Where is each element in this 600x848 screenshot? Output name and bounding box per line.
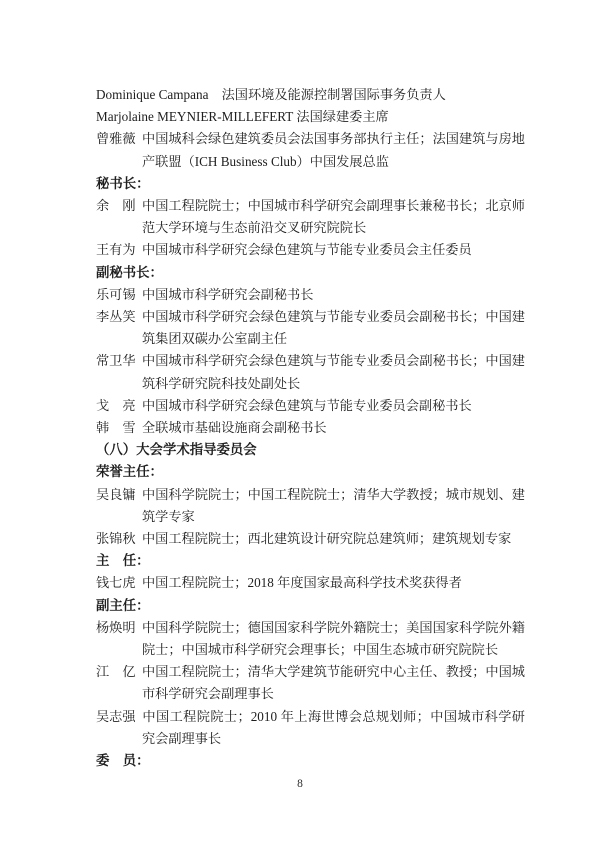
- member-desc: 中国工程院院士；中国城市科学研究会副理事长兼秘书长；北京师范大学环境与生态前沿交…: [142, 198, 525, 235]
- member-name: 戈 亮: [96, 395, 142, 417]
- member-row: 李丛笑中国城市科学研究会绿色建筑与节能专业委员会副秘书长；中国建筑集团双碳办公室…: [96, 306, 525, 350]
- member-desc: 中国城市科学研究会副秘书长: [142, 287, 313, 302]
- member-desc: 全联城市基础设施商会副秘书长: [142, 420, 327, 435]
- member-row: 余 刚中国工程院院士；中国城市科学研究会副理事长兼秘书长；北京师范大学环境与生态…: [96, 195, 525, 239]
- section-heading-honorary-director: 荣誉主任：: [96, 461, 525, 483]
- member-desc: 中国工程院院士；2010 年上海世博会总规划师；中国城市科学研究会副理事长: [142, 709, 525, 746]
- member-row: 曾雅薇中国城科会绿色建筑委员会法国事务部执行主任；法国建筑与房地产联盟（ICH …: [96, 128, 525, 172]
- member-name: 吴志强: [96, 706, 142, 728]
- member-desc: 中国城科会绿色建筑委员会法国事务部执行主任；法国建筑与房地产联盟（ICH Bus…: [142, 131, 525, 168]
- member-desc: 中国城市科学研究会绿色建筑与节能专业委员会副秘书长；中国建筑科学研究院科技处副处…: [142, 353, 525, 390]
- document-page: Dominique Campana 法国环境及能源控制署国际事务负责人 Marj…: [0, 0, 600, 848]
- member-row: 韩 雪全联城市基础设施商会副秘书长: [96, 417, 525, 439]
- section-heading-deputy-director: 副主任：: [96, 595, 525, 617]
- member-name: 王有为: [96, 239, 142, 261]
- member-name: 余 刚: [96, 195, 142, 217]
- member-row: 王有为中国城市科学研究会绿色建筑与节能专业委员会主任委员: [96, 239, 525, 261]
- member-row: 张锦秋中国工程院院士；西北建筑设计研究院总建筑师；建筑规划专家: [96, 528, 525, 550]
- member-name: 江 亿: [96, 661, 142, 683]
- member-desc: 中国工程院院士；清华大学建筑节能研究中心主任、教授；中国城市科学研究会副理事长: [142, 664, 525, 701]
- member-desc: 中国工程院院士；西北建筑设计研究院总建筑师；建筑规划专家: [142, 531, 511, 546]
- member-name: 吴良镛: [96, 484, 142, 506]
- member-row: 吴志强中国工程院院士；2010 年上海世博会总规划师；中国城市科学研究会副理事长: [96, 706, 525, 750]
- section-heading-academic-steering-committee: （八）大会学术指导委员会: [96, 439, 525, 461]
- member-row: 常卫华中国城市科学研究会绿色建筑与节能专业委员会副秘书长；中国建筑科学研究院科技…: [96, 350, 525, 394]
- member-row: 吴良镛中国科学院院士；中国工程院院士；清华大学教授；城市规划、建筑学专家: [96, 484, 525, 528]
- member-name: 韩 雪: [96, 417, 142, 439]
- section-heading-director: 主 任：: [96, 550, 525, 572]
- page-number: 8: [0, 777, 600, 791]
- member-name: 常卫华: [96, 350, 142, 372]
- member-desc: 中国工程院院士；2018 年度国家最高科学技术奖获得者: [142, 575, 462, 590]
- member-name: 乐可锡: [96, 284, 142, 306]
- member-name: 钱七虎: [96, 572, 142, 594]
- member-name: 曾雅薇: [96, 128, 142, 150]
- member-name: 张锦秋: [96, 528, 142, 550]
- member-desc: 中国科学院院士；德国国家科学院外籍院士；美国国家科学院外籍院士；中国城市科学研究…: [142, 620, 525, 657]
- member-desc: 中国城市科学研究会绿色建筑与节能专业委员会主任委员: [142, 242, 472, 257]
- member-row: 江 亿中国工程院院士；清华大学建筑节能研究中心主任、教授；中国城市科学研究会副理…: [96, 661, 525, 705]
- member-row: 戈 亮中国城市科学研究会绿色建筑与节能专业委员会副秘书长: [96, 395, 525, 417]
- section-heading-deputy-secretary-general: 副秘书长：: [96, 262, 525, 284]
- member-desc: 中国城市科学研究会绿色建筑与节能专业委员会副秘书长: [142, 398, 472, 413]
- member-desc: 中国城市科学研究会绿色建筑与节能专业委员会副秘书长；中国建筑集团双碳办公室副主任: [142, 309, 525, 346]
- member-row: 钱七虎中国工程院院士；2018 年度国家最高科学技术奖获得者: [96, 572, 525, 594]
- section-heading-secretary-general: 秘书长：: [96, 173, 525, 195]
- latin-member-line: Dominique Campana 法国环境及能源控制署国际事务负责人: [96, 84, 525, 106]
- member-row: 乐可锡中国城市科学研究会副秘书长: [96, 284, 525, 306]
- member-name: 李丛笑: [96, 306, 142, 328]
- section-heading-members: 委 员：: [96, 750, 525, 772]
- committee-list: Dominique Campana 法国环境及能源控制署国际事务负责人 Marj…: [96, 84, 525, 772]
- member-desc: 中国科学院院士；中国工程院院士；清华大学教授；城市规划、建筑学专家: [142, 487, 525, 524]
- latin-member-line: Marjolaine MEYNIER-MILLEFERT 法国绿建委主席: [96, 106, 525, 128]
- member-row: 杨焕明中国科学院院士；德国国家科学院外籍院士；美国国家科学院外籍院士；中国城市科…: [96, 617, 525, 661]
- member-name: 杨焕明: [96, 617, 142, 639]
